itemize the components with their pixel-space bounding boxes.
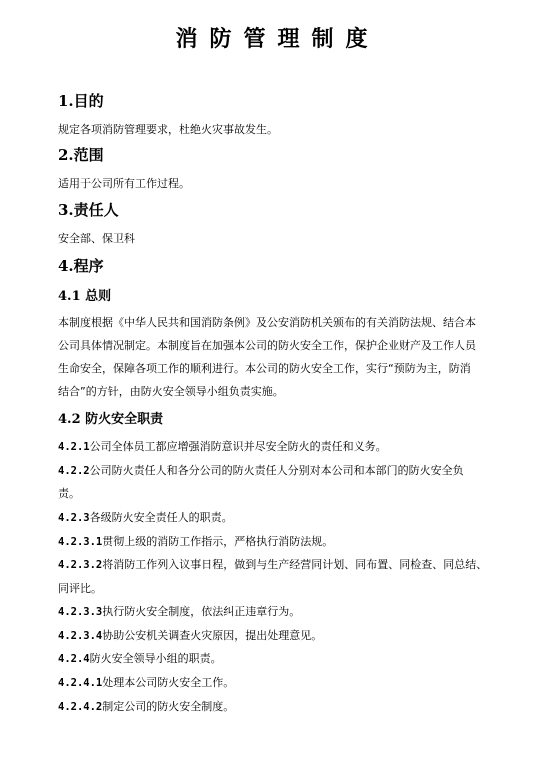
clause-4-2-3-1: 4.2.3.1贯彻上级的消防工作指示，严格执行消防法规。 bbox=[58, 534, 518, 550]
section-heading-scope: 2.范围 bbox=[58, 145, 518, 165]
section-body-purpose: 规定各项消防管理要求，杜绝火灾事故发生。 bbox=[58, 122, 518, 138]
clause-number: 4.2.3 bbox=[58, 512, 90, 524]
clause-4-2-2: 4.2.2公司防火责任人和各分公司的防火责任人分别对本公司和本部门的防火安全负 bbox=[58, 463, 518, 479]
clause-number: 4.2.4.2 bbox=[58, 701, 102, 713]
subsection-heading-general: 4.1 总则 bbox=[58, 288, 518, 306]
clause-4-2-4-1: 4.2.4.1处理本公司防火安全工作。 bbox=[58, 675, 518, 691]
clause-4-2-3-4: 4.2.3.4协助公安机关调查火灾原因，提出处理意见。 bbox=[58, 628, 518, 644]
document-page: 消防管理制度 1.目的 规定各项消防管理要求，杜绝火灾事故发生。 2.范围 适用… bbox=[0, 0, 543, 769]
general-line-2: 公司具体情况制定。本制度旨在加强本公司的防火安全工作，保护企业财产及工作人员 bbox=[58, 338, 518, 354]
clause-4-2-2-continuation: 责。 bbox=[58, 486, 518, 502]
section-body-responsible: 安全部、保卫科 bbox=[58, 231, 518, 247]
general-line-4: 结合”的方针，由防火安全领导小组负责实施。 bbox=[58, 384, 518, 400]
clause-text: 公司防火责任人和各分公司的防火责任人分别对本公司和本部门的防火安全负 bbox=[90, 464, 464, 477]
clause-4-2-3: 4.2.3各级防火安全责任人的职责。 bbox=[58, 510, 518, 526]
subsection-heading-fire-safety-duties: 4.2 防火安全职责 bbox=[58, 411, 518, 429]
general-line-3: 生命安全，保障各项工作的顺利进行。本公司的防火安全工作，实行“预防为主，防消 bbox=[58, 361, 518, 377]
clause-number: 4.2.3.4 bbox=[58, 630, 102, 642]
clause-4-2-4-2: 4.2.4.2制定公司的防火安全制度。 bbox=[58, 699, 518, 715]
section-body-scope: 适用于公司所有工作过程。 bbox=[58, 176, 518, 192]
clause-number: 4.2.3.2 bbox=[58, 559, 102, 571]
clause-text: 各级防火安全责任人的职责。 bbox=[90, 511, 233, 524]
clause-text: 防火安全领导小组的职责。 bbox=[90, 652, 222, 665]
clause-text: 处理本公司防火安全工作。 bbox=[102, 676, 234, 689]
clause-4-2-1: 4.2.1公司全体员工都应增强消防意识并尽安全防火的责任和义务。 bbox=[58, 439, 518, 455]
clause-number: 4.2.3.3 bbox=[58, 606, 102, 618]
clause-4-2-3-2-continuation: 同评比。 bbox=[58, 581, 518, 597]
clause-text: 将消防工作列入议事日程，做到与生产经营同计划、同布置、同检查、同总结、 bbox=[102, 558, 487, 571]
section-heading-purpose: 1.目的 bbox=[58, 91, 518, 111]
document-title: 消防管理制度 bbox=[0, 24, 543, 54]
clause-number: 4.2.4 bbox=[58, 653, 90, 665]
clause-4-2-3-2: 4.2.3.2将消防工作列入议事日程，做到与生产经营同计划、同布置、同检查、同总… bbox=[58, 557, 518, 573]
clause-number: 4.2.3.1 bbox=[58, 536, 102, 548]
general-line-1: 本制度根据《中华人民共和国消防条例》及公安消防机关颁布的有关消防法规、结合本 bbox=[58, 315, 518, 331]
clause-text: 制定公司的防火安全制度。 bbox=[102, 700, 234, 713]
section-heading-responsible: 3.责任人 bbox=[58, 200, 518, 220]
clause-number: 4.2.4.1 bbox=[58, 677, 102, 689]
clause-text: 协助公安机关调查火灾原因，提出处理意见。 bbox=[102, 629, 322, 642]
clause-number: 4.2.1 bbox=[58, 441, 90, 453]
clause-text: 公司全体员工都应增强消防意识并尽安全防火的责任和义务。 bbox=[90, 440, 387, 453]
clause-text: 执行防火安全制度，依法纠正违章行为。 bbox=[102, 605, 300, 618]
clause-text: 贯彻上级的消防工作指示，严格执行消防法规。 bbox=[102, 535, 333, 548]
section-heading-procedure: 4.程序 bbox=[58, 256, 518, 276]
clause-number: 4.2.2 bbox=[58, 465, 90, 477]
clause-4-2-4: 4.2.4防火安全领导小组的职责。 bbox=[58, 651, 518, 667]
clause-4-2-3-3: 4.2.3.3执行防火安全制度，依法纠正违章行为。 bbox=[58, 604, 518, 620]
